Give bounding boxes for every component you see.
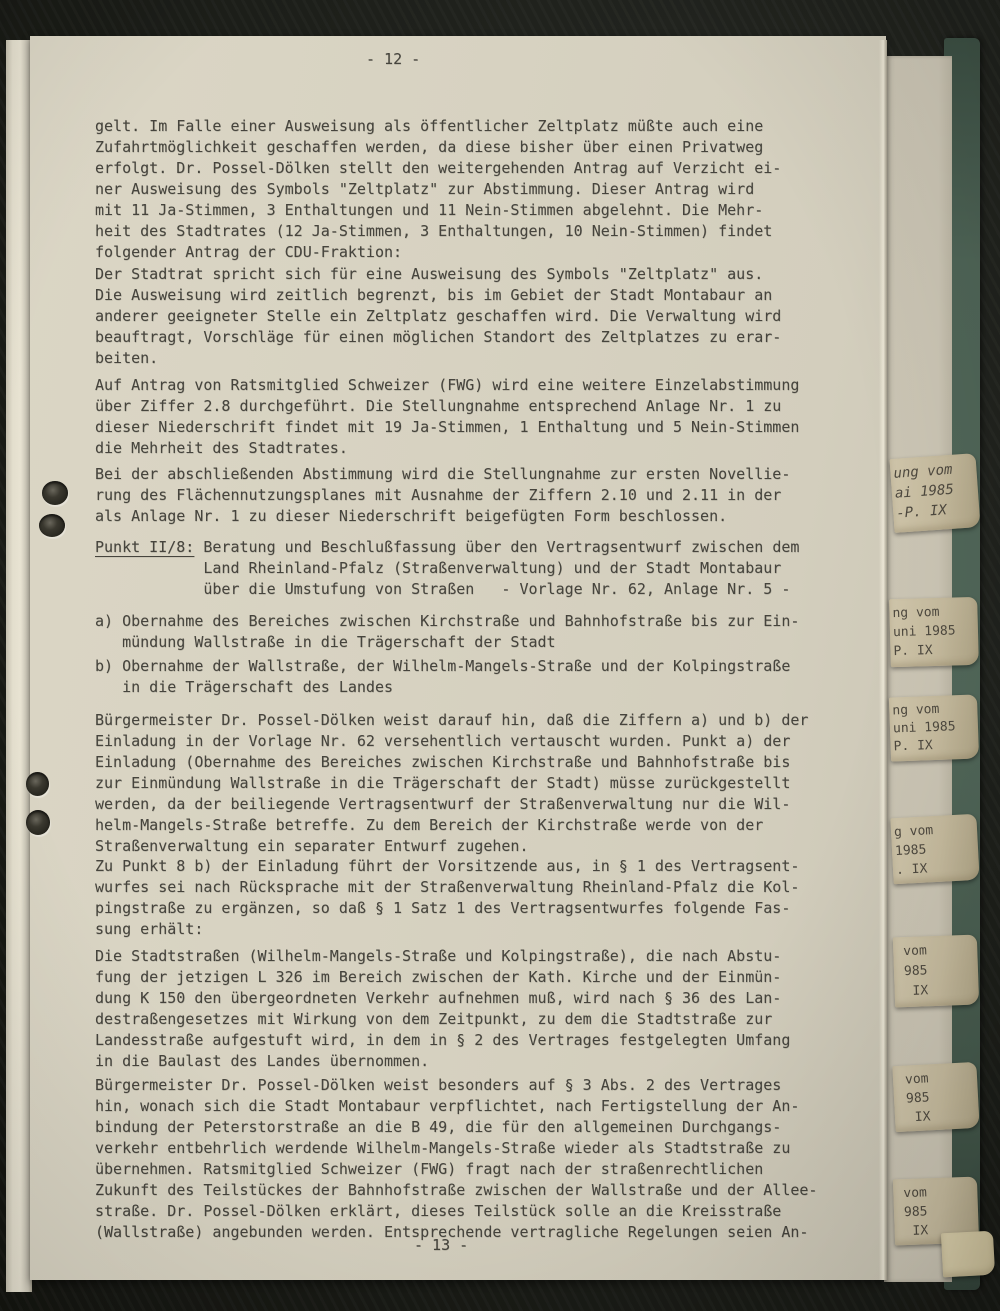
- index-tab-4: g vom 1985 . IX: [890, 814, 979, 884]
- paragraph-6: Zu Punkt 8 b) der Einladung führt der Vo…: [95, 856, 799, 940]
- page-number-bottom: - 13 -: [414, 1235, 468, 1256]
- paragraph-8: Bürgermeister Dr. Possel-Dölken weist be…: [95, 1075, 817, 1243]
- tab-label-line: IX: [907, 1105, 978, 1128]
- list-item-a: a) Obernahme des Bereiches zwischen Kirc…: [95, 611, 799, 653]
- tab-label-line: uni 1985: [893, 621, 976, 642]
- tab-label-line: vom: [903, 1182, 976, 1204]
- paragraph-2-resolution: Der Stadtrat spricht sich für eine Auswe…: [95, 264, 781, 369]
- punch-hole: [39, 514, 65, 537]
- tab-label-line: ng vom: [892, 602, 975, 623]
- index-tab-2: ng vom uni 1985 P. IX: [889, 597, 979, 667]
- index-tab-corner: [941, 1231, 995, 1278]
- punch-hole: [26, 772, 49, 796]
- index-tab-5: vom 985 IX: [893, 935, 979, 1008]
- agenda-item-punkt-II-8: Punkt II/8: Beratung und Beschlußfassung…: [95, 537, 799, 600]
- tab-label-line: 985: [904, 960, 977, 983]
- tab-label-line: P. IX: [893, 736, 977, 757]
- tab-label-line: IX: [904, 980, 977, 1003]
- list-item-b: b) Obernahme der Wallstraße, der Wilhelm…: [95, 656, 790, 698]
- paragraph-5: Bürgermeister Dr. Possel-Dölken weist da…: [95, 710, 808, 857]
- index-tab-6: vom 985 IX: [892, 1062, 979, 1132]
- page-edge-highlight: [879, 40, 887, 1280]
- tab-label-line: P. IX: [893, 640, 976, 661]
- index-tab-1: ung vom ai 1985 -P. IX: [890, 453, 981, 533]
- paragraph-1: gelt. Im Falle einer Ausweisung als öffe…: [95, 116, 781, 263]
- punch-hole: [42, 481, 68, 505]
- page-fore-edge: [6, 40, 32, 1292]
- tab-label-line: 985: [904, 1201, 977, 1223]
- punkt-label: Punkt II/8:: [95, 538, 194, 556]
- tab-label-line: . IX: [896, 857, 978, 880]
- page-number-top: - 12 -: [366, 49, 420, 70]
- tab-label-line: -P. IX: [896, 498, 978, 524]
- index-tab-3: ng vom uni 1985 P. IX: [889, 694, 979, 761]
- paragraph-7-contract-text: Die Stadtstraßen (Wilhelm-Mangels-Straße…: [95, 946, 790, 1072]
- punch-hole: [26, 810, 50, 835]
- document-photo: - 12 - gelt. Im Falle einer Ausweisung a…: [0, 0, 1000, 1311]
- punkt-body: Beratung und Beschlußfassung über den Ve…: [95, 538, 799, 598]
- paragraph-4: Bei der abschließenden Abstimmung wird d…: [95, 464, 790, 527]
- tab-label-line: vom: [903, 940, 976, 963]
- paragraph-3: Auf Antrag von Ratsmitglied Schweizer (F…: [95, 375, 799, 459]
